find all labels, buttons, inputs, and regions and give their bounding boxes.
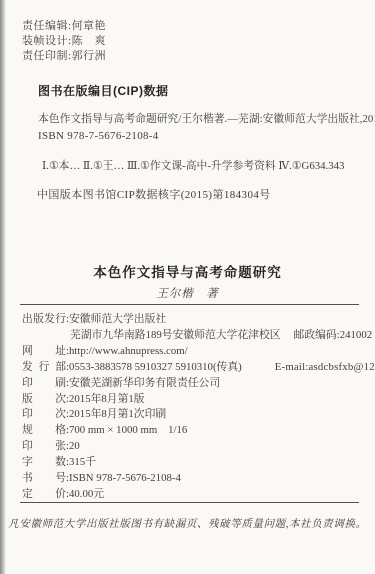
pub-row-impression: 印次:2015年8月第1次印刷 [22,407,367,423]
divider-bottom [20,502,359,503]
pub-row-edition: 版次:2015年8月第1版 [22,392,367,408]
pub-label: 规格 [22,423,66,439]
pub-value: http://www.ahnupress.com/ [69,345,188,357]
publishing-info: 出版发行:安徽师范大学出版社 芜湖市九华南路189号安徽师范大学花津校区邮政编码… [22,312,367,503]
pub-label: 字数 [22,455,66,471]
pub-row-word-count: 字数:315千 [22,455,367,471]
credit-label: 责任印制 [22,50,68,62]
credit-label: 装帧设计 [22,35,68,47]
pub-value: 安徽师范大学出版社 [69,313,166,325]
pub-value: 20 [69,440,80,452]
credit-value: 郭行洲 [72,50,107,62]
pub-label: 发行部 [22,360,66,376]
pub-value: 芜湖市九华南路189号安徽师范大学花津校区 [70,329,281,341]
credit-label: 责任编辑 [22,20,68,32]
pub-value: 2015年8月第1次印刷 [69,408,166,420]
pub-label: 定价 [22,487,66,503]
credit-designer: 装帧设计:陈 爽 [22,34,106,49]
book-author: 王尔楷 著 [0,285,375,301]
pub-row-distribution: 发行部:0553-3883578 5910327 5910310(传真)E-ma… [22,360,367,376]
copyright-page: 责任编辑:何章艳 装帧设计:陈 爽 责任印制:郭行洲 图书在版编目(CIP)数据… [0,0,375,574]
pub-label: 印张 [22,439,66,455]
credit-value: 何章艳 [72,20,107,32]
pub-row-address: 芜湖市九华南路189号安徽师范大学花津校区邮政编码:241002 [22,328,367,344]
pub-value: 0553-3883578 5910327 5910310(传真) [69,361,242,373]
divider-top [20,304,359,305]
cip-classification-line: Ⅰ.①本… Ⅱ.①王… Ⅲ.①作文课-高中-升学参考资料 Ⅳ.①G634.343 [42,158,365,173]
pub-label: 书号 [22,471,66,487]
pub-row-isbn: 书号:ISBN 978-7-5676-2108-4 [22,471,367,487]
pub-label: 印次 [22,407,66,423]
credit-value: 陈 爽 [72,35,107,47]
pub-label: 网址 [22,344,66,360]
pub-row-website: 网址:http://www.ahnupress.com/ [22,344,367,360]
credit-editor: 责任编辑:何章艳 [22,19,106,34]
pub-label: 印刷 [22,376,66,392]
pub-value: 315千 [69,456,96,468]
pub-row-price: 定价:40.00元 [22,487,367,503]
pub-value: 安徽芜湖新华印务有限责任公司 [69,377,220,389]
email-address: E-mail:asdcbsfxb@126.com [275,361,375,373]
cip-record-number: 中国版本图书馆CIP数据核字(2015)第184304号 [37,186,271,202]
pub-label: 出版发行 [22,312,66,328]
postal-code: 邮政编码:241002 [294,329,373,341]
pub-value: 40.00元 [69,488,104,500]
cip-header: 图书在版编目(CIP)数据 [38,82,169,99]
staff-credits: 责任编辑:何章艳 装帧设计:陈 爽 责任印制:郭行洲 [22,19,106,64]
pub-row-printing-company: 印刷:安徽芜湖新华印务有限责任公司 [22,376,367,392]
pub-value: 700 mm × 1000 mm 1/16 [69,424,187,436]
pub-row-sheets: 印张:20 [22,439,367,455]
pub-value: 2015年8月第1版 [69,393,145,405]
cip-description-line: 本色作文指导与高考命题研究/王尔楷著.—芜湖:安徽师范大学出版社,2015.8 [38,111,363,126]
cip-isbn-line: ISBN 978-7-5676-2108-4 [38,130,159,142]
quality-exchange-note: 凡安徽师范大学出版社版图书有缺漏页、残破等质量问题,本社负责调换。 [0,516,375,531]
book-title: 本色作文指导与高考命题研究 [0,261,375,281]
credit-printer: 责任印制:郭行洲 [22,49,106,64]
pub-value: ISBN 978-7-5676-2108-4 [69,472,181,484]
pub-label: 版次 [22,392,66,408]
pub-row-format: 规格:700 mm × 1000 mm 1/16 [22,423,367,439]
pub-row-publisher: 出版发行:安徽师范大学出版社 [22,312,367,328]
